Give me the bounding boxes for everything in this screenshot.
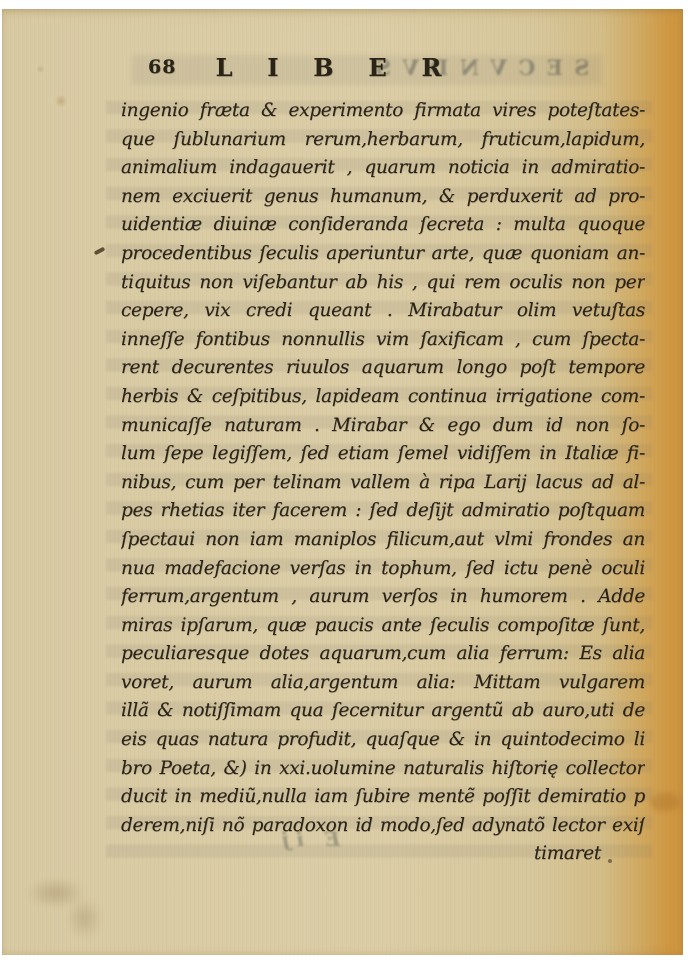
text-line: uidentiæ diuinæ conſideranda ſecreta : m… (121, 211, 645, 240)
text-line: lum ſepe legiſſem, ſed etiam ſemel vidiſ… (121, 440, 645, 469)
text-line: ducit in mediũ,nulla iam ſubire mentẽ po… (121, 783, 645, 812)
ink-speck (94, 247, 106, 256)
text-line: derem,niſi nõ paradoxon id modo,ſed adyn… (121, 812, 645, 841)
text-line: nibus, cum per telinam vallem à ripa Lar… (121, 469, 645, 498)
text-line: procedentibus ſeculis aperiuntur arte, q… (121, 240, 645, 269)
text-line: illã & notiſſimam qua ſecernitur argentũ… (121, 697, 645, 726)
text-line: tiquitus non viſebantur ab his , qui rem… (121, 269, 645, 298)
text-line: ingenio fræta & experimento firmata vire… (121, 97, 645, 126)
text-line: peculiaresque dotes aquarum,cum alia fer… (121, 640, 645, 669)
text-line: rent decurentes riuulos aquarum longo po… (121, 354, 645, 383)
text-line: inneſſe fontibus nonnullis vim ſaxificam… (121, 326, 645, 355)
paper-stain (10, 869, 130, 949)
text-line: nem exciuerit genus humanum, & perduxeri… (121, 183, 645, 212)
text-line: herbis & ceſpitibus, lapideam continua i… (121, 383, 645, 412)
text-line: animalium indagauerit , quarum noticia i… (121, 154, 645, 183)
text-line: ſpectaui non iam maniplos filicum,aut vl… (121, 526, 645, 555)
text-line: municaſſe naturam . Mirabar & ego dum id… (121, 412, 645, 441)
text-line: bro Poeta, &) in xxi.uolumine naturalis … (121, 755, 645, 784)
text-line: nua madefacione verſas in tophum, ſed ic… (121, 555, 645, 584)
page-header: 68 LIBER (2, 53, 683, 83)
text-line: eis quas natura profudit, quaſque & in q… (121, 726, 645, 755)
paper-stain (54, 95, 68, 107)
book-page-scan: SECVNDVS E ij 68 LIBER ingenio fræta & e… (2, 9, 683, 955)
text-line: ferrum,argentum , aurum verſos in humore… (121, 583, 645, 612)
text-line: miras ipſarum, quæ paucis ante ſeculis c… (121, 612, 645, 641)
text-line: pes rhetias iter facerem : ſed deſijt ad… (121, 497, 645, 526)
text-line: cepere, vix credi queant . Mirabatur oli… (121, 297, 645, 326)
text-block: ingenio fræta & experimento firmata vire… (121, 97, 645, 869)
running-title: LIBER (2, 53, 655, 82)
text-line: voret, aurum alia,argentum alia: Mittam … (121, 669, 645, 698)
text-line: que ſublunarium rerum,herbarum, fruticum… (121, 126, 645, 155)
paper-stain (650, 793, 680, 811)
catchword: timaret (121, 840, 645, 869)
